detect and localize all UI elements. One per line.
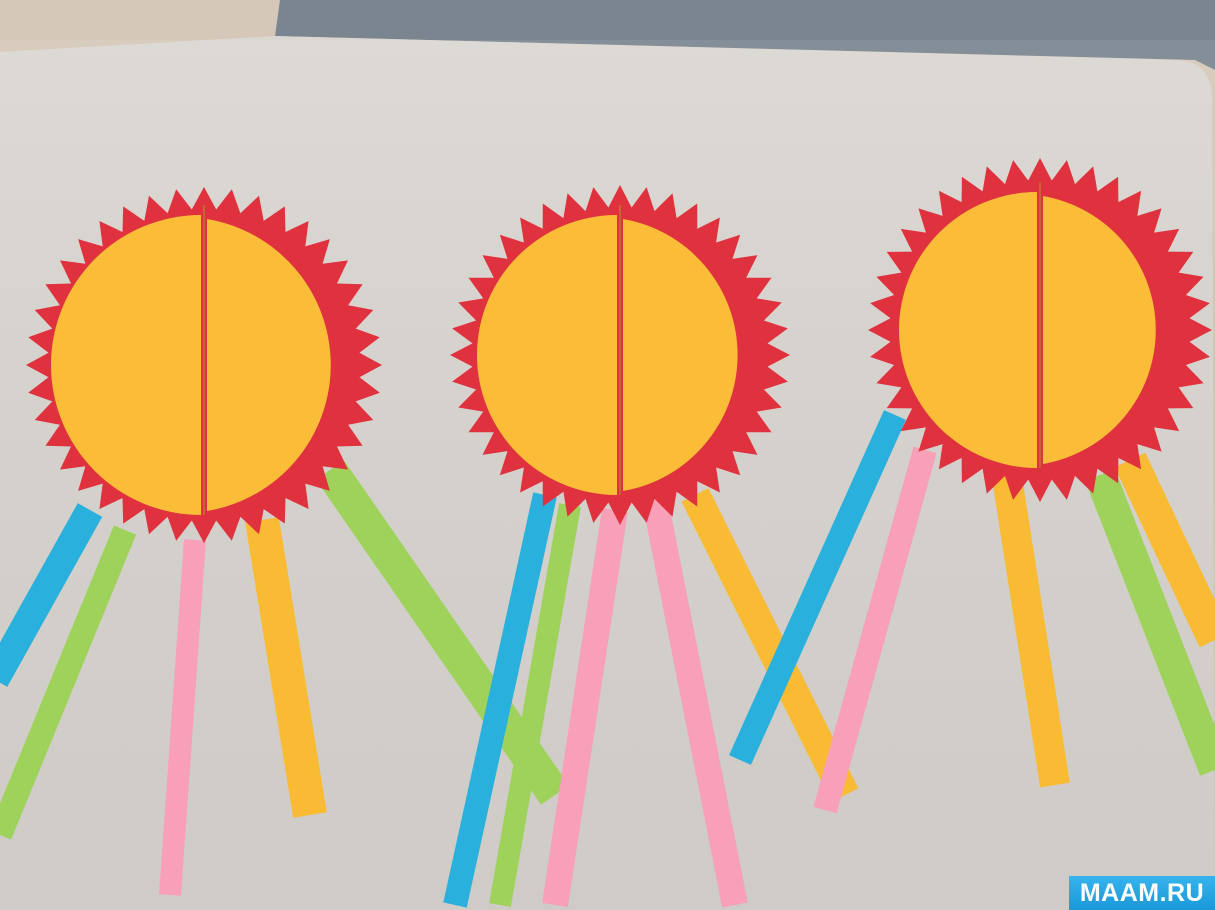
medal-right: [868, 158, 1212, 502]
medal-center: [450, 185, 790, 525]
medal-left: [26, 187, 382, 543]
photo-scene: [0, 0, 1215, 910]
watermark-maam-ru: MAAM.RU: [1069, 876, 1215, 910]
medals: [26, 158, 1212, 543]
